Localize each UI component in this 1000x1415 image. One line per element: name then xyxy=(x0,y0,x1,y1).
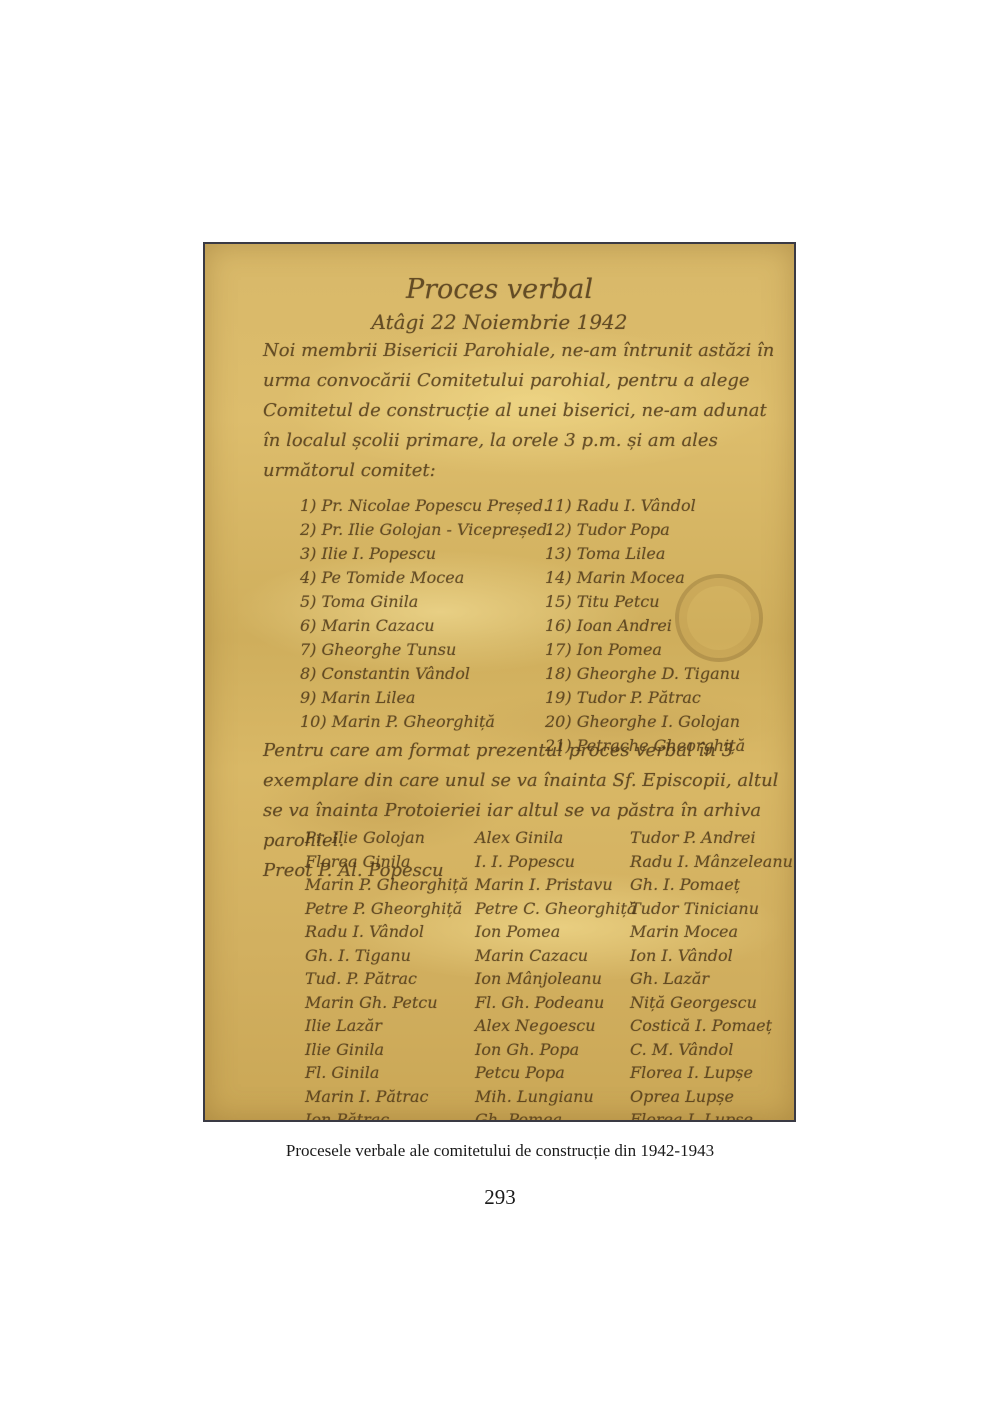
signatures-column-3: Tudor P. AndreiRadu I. MânzeleanuGh. I. … xyxy=(630,826,793,1122)
signature: Gh. I. Tiganu xyxy=(305,944,468,968)
signature: Niță Georgescu xyxy=(630,991,793,1015)
signature: Ion Pătrac xyxy=(305,1108,468,1122)
signature: I. I. Popescu xyxy=(475,850,636,874)
signature: Alex Negoescu xyxy=(475,1014,636,1038)
signature: Tud. P. Pătrac xyxy=(305,967,468,991)
members-list-right: 11) Radu I. Vândol12) Tudor Popa13) Toma… xyxy=(545,494,745,758)
signature: Florea I. Lupșe xyxy=(630,1061,793,1085)
member-entry: 14) Marin Mocea xyxy=(545,566,745,590)
members-list-left: 1) Pr. Nicolae Popescu Președ.2) Pr. Ili… xyxy=(300,494,552,734)
member-entry: 19) Tudor P. Pătrac xyxy=(545,686,745,710)
member-entry: 6) Marin Cazacu xyxy=(300,614,552,638)
handwritten-date: Atâgi 22 Noiembrie 1942 xyxy=(205,310,794,334)
signature: Petre C. Gheorghiță xyxy=(475,897,636,921)
member-entry: 9) Marin Lilea xyxy=(300,686,552,710)
signature: Radu I. Vândol xyxy=(305,920,468,944)
signature: Petre P. Gheorghiță xyxy=(305,897,468,921)
member-entry: 13) Toma Lilea xyxy=(545,542,745,566)
signature: Ilie Lazăr xyxy=(305,1014,468,1038)
signature: Costică I. Pomaeț xyxy=(630,1014,793,1038)
signature: Ion I. Vândol xyxy=(630,944,793,968)
member-entry: 4) Pe Tomide Mocea xyxy=(300,566,552,590)
member-entry: 10) Marin P. Gheorghiță xyxy=(300,710,552,734)
signature: Florea I. Lupșe xyxy=(630,1108,793,1122)
signature: Gh. Lazăr xyxy=(630,967,793,991)
page-number: 293 xyxy=(0,1185,1000,1210)
signatures-column-1: Pr. Ilie GolojanFlorea GinilaMarin P. Gh… xyxy=(305,826,468,1122)
member-entry: 2) Pr. Ilie Golojan - Vicepreșed. xyxy=(300,518,552,542)
member-entry: 11) Radu I. Vândol xyxy=(545,494,745,518)
signature: Tudor P. Andrei xyxy=(630,826,793,850)
signature: Petcu Popa xyxy=(475,1061,636,1085)
member-entry: 18) Gheorghe D. Tiganu xyxy=(545,662,745,686)
signature: Marin I. Pătrac xyxy=(305,1085,468,1109)
member-entry: 17) Ion Pomea xyxy=(545,638,745,662)
signature: Marin Gh. Petcu xyxy=(305,991,468,1015)
member-entry: 20) Gheorghe I. Golojan xyxy=(545,710,745,734)
signature: Fl. Ginila xyxy=(305,1061,468,1085)
signature: Ion Mânjoleanu xyxy=(475,967,636,991)
signature: Gh. Pomea xyxy=(475,1108,636,1122)
member-entry: 5) Toma Ginila xyxy=(300,590,552,614)
signature: Fl. Gh. Podeanu xyxy=(475,991,636,1015)
member-entry: 1) Pr. Nicolae Popescu Președ. xyxy=(300,494,552,518)
signature: Oprea Lupșe xyxy=(630,1085,793,1109)
signature: Alex Ginila xyxy=(475,826,636,850)
signature: Ilie Ginila xyxy=(305,1038,468,1062)
signature: Radu I. Mânzeleanu xyxy=(630,850,793,874)
signature: Pr. Ilie Golojan xyxy=(305,826,468,850)
signature: Marin I. Pristavu xyxy=(475,873,636,897)
signature: Ion Pomea xyxy=(475,920,636,944)
signature: Marin P. Gheorghiță xyxy=(305,873,468,897)
member-entry: 3) Ilie I. Popescu xyxy=(300,542,552,566)
signature: Marin Mocea xyxy=(630,920,793,944)
signature: Florea Ginila xyxy=(305,850,468,874)
signature: C. M. Vândol xyxy=(630,1038,793,1062)
signature: Marin Cazacu xyxy=(475,944,636,968)
historical-document-photo: Proces verbal Atâgi 22 Noiembrie 1942 No… xyxy=(203,242,796,1122)
handwritten-body: Noi membrii Bisericii Parohiale, ne-am î… xyxy=(263,336,780,486)
signatures-column-2: Alex GinilaI. I. PopescuMarin I. Pristav… xyxy=(475,826,636,1122)
signature: Gh. I. Pomaeț xyxy=(630,873,793,897)
member-entry: 7) Gheorghe Tunsu xyxy=(300,638,552,662)
member-entry: 12) Tudor Popa xyxy=(545,518,745,542)
signature: Ion Gh. Popa xyxy=(475,1038,636,1062)
figure-caption: Procesele verbale ale comitetului de con… xyxy=(0,1141,1000,1161)
member-entry: 16) Ioan Andrei xyxy=(545,614,745,638)
member-entry: 8) Constantin Vândol xyxy=(300,662,552,686)
handwritten-title: Proces verbal xyxy=(205,274,794,305)
member-entry: 15) Titu Petcu xyxy=(545,590,745,614)
signature: Tudor Tinicianu xyxy=(630,897,793,921)
signature: Mih. Lungianu xyxy=(475,1085,636,1109)
